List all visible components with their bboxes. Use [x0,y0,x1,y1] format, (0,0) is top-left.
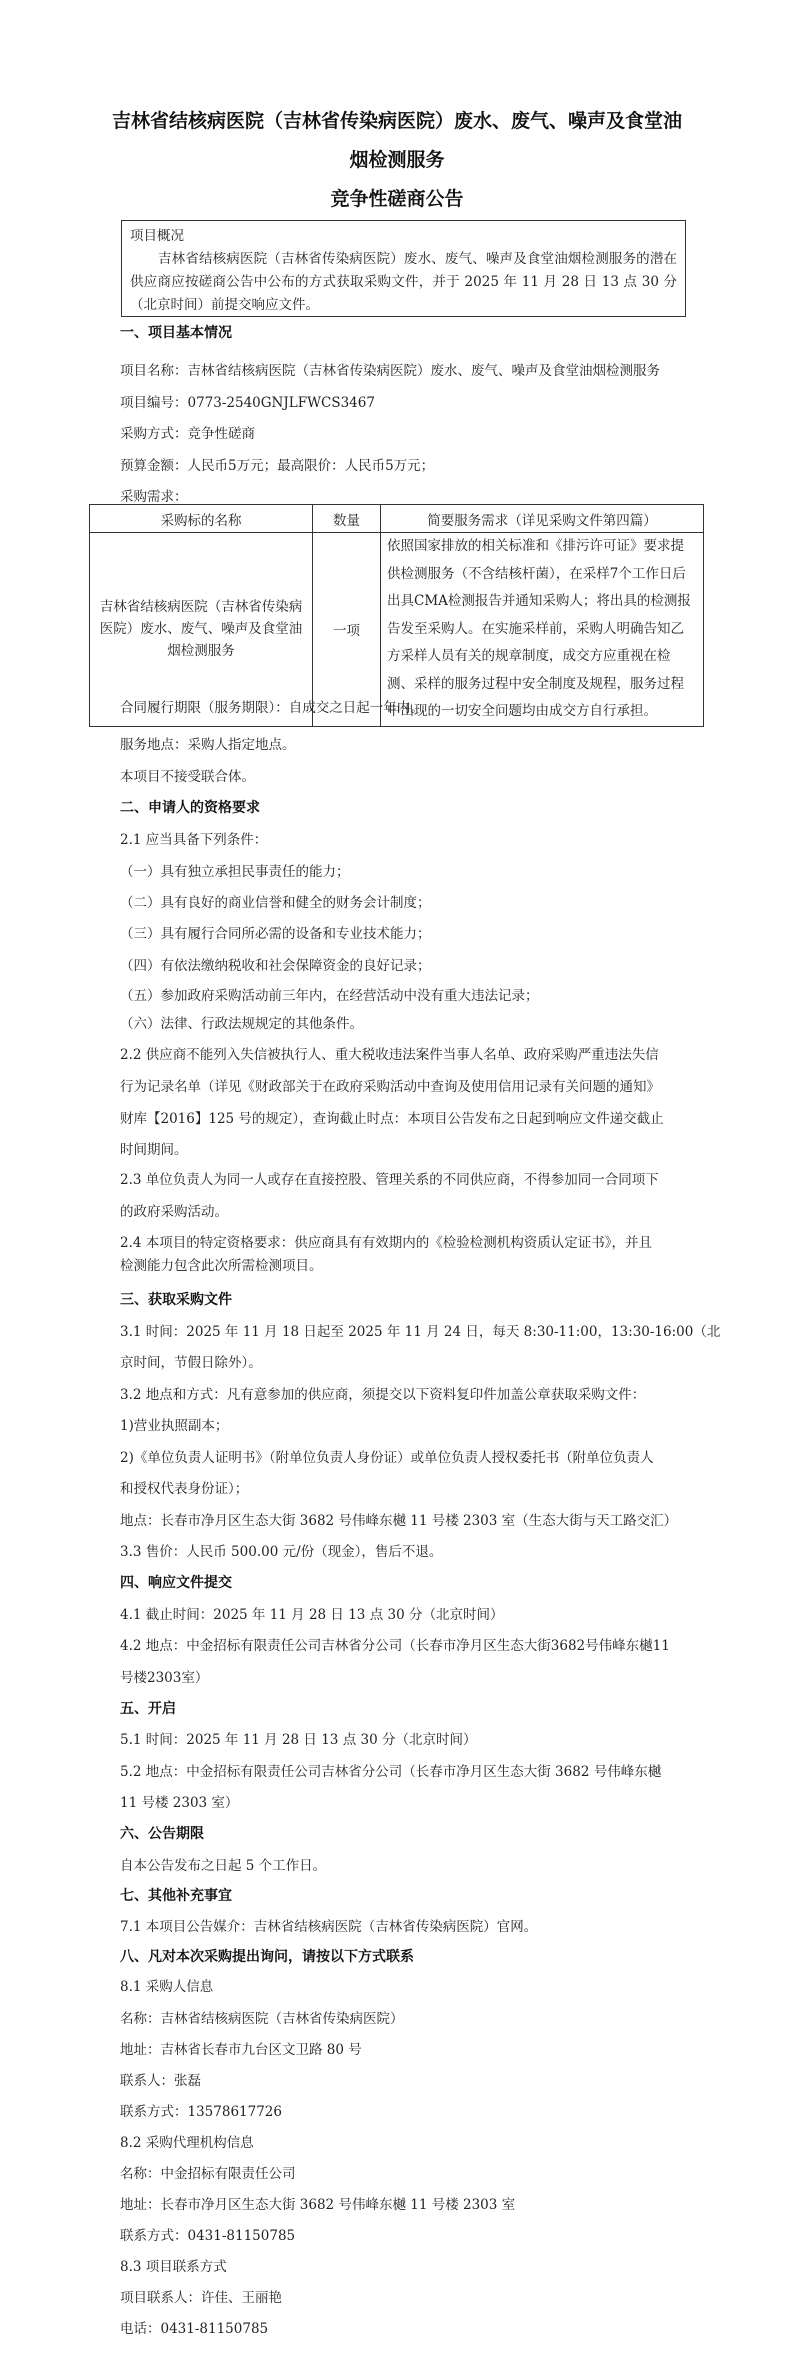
clause-2-2-line: 时间期间。 [120,1140,695,1160]
clause-2-4-line: 2.4 本项目的特定资格要求：供应商具有有效期内的《检验检测机构资质认定证书》，… [120,1233,695,1253]
cell-quantity: 一项 [313,533,381,727]
agency-info-label: 8.2 采购代理机构信息 [120,2133,695,2153]
condition-item: （二）具有良好的商业信誉和健全的财务会计制度； [120,893,695,913]
agency-address: 地址：长春市净月区生态大街 3682 号伟峰东樾 11 号楼 2303 室 [120,2195,695,2215]
clause-2-2-line: 2.2 供应商不能列入失信被执行人、重大税收违法案件当事人名单、政府采购严重违法… [120,1045,695,1065]
procurement-method: 采购方式：竞争性磋商 [120,424,695,444]
clause-3-3-price: 3.3 售价：人民币 500.00 元/份（现金），售后不退。 [120,1542,695,1562]
section-4-heading: 四、响应文件提交 [120,1573,695,1593]
condition-item: （三）具有履行合同所必需的设备和专业技术能力； [120,924,695,944]
overview-text: 吉林省结核病医院（吉林省传染病医院）废水、废气、噪声及食堂油烟检测服务的潜在供应… [130,248,677,317]
buyer-address: 地址：吉林省长春市九台区文卫路 80 号 [120,2040,695,2060]
condition-item: （四）有依法缴纳税收和社会保障资金的良好记录； [120,956,695,976]
clause-2-2-line: 财库【2016】125 号的规定），查询截止时点：本项目公告发布之日起到响应文件… [120,1109,695,1129]
agency-phone: 联系方式：0431-81150785 [120,2226,695,2246]
section-3-heading: 三、获取采购文件 [120,1290,695,1310]
overview-label: 项目概况 [130,225,677,248]
document-title-line-2: 烟检测服务 [0,145,794,172]
buyer-info-label: 8.1 采购人信息 [120,1977,695,1997]
table-header-row: 采购标的名称 数量 简要服务需求（详见采购文件第四篇） [90,505,704,533]
clause-3-1-line: 3.1 时间：2025 年 11 月 18 日起至 2025 年 11 月 24… [120,1322,695,1342]
project-code: 项目编号：0773-2540GNJLFWCS3467 [120,393,695,413]
budget-amount: 预算金额：人民币5万元；最高限价：人民币5万元； [120,456,695,476]
opening-place-line: 5.2 地点：中金招标有限责任公司吉林省分公司（长春市净月区生态大街 3682 … [120,1762,695,1782]
header-service-requirements: 简要服务需求（详见采购文件第四篇） [381,505,704,533]
submission-place-line: 号楼2303室） [120,1668,695,1688]
clause-2-4-line: 检测能力包含此次所需检测项目。 [120,1256,695,1276]
project-name: 项目名称：吉林省结核病医院（吉林省传染病医院）废水、废气、噪声及食堂油烟检测服务 [120,361,695,381]
section-1-heading: 一、项目基本情况 [120,323,695,343]
condition-item: （一）具有独立承担民事责任的能力； [120,862,695,882]
section-2-heading: 二、申请人的资格要求 [120,798,695,818]
consortium-note: 本项目不接受联合体。 [120,767,695,787]
required-doc-item: 2)《单位负责人证明书》（附单位负责人身份证）或单位负责人授权委托书（附单位负责… [120,1448,695,1468]
service-location: 服务地点：采购人指定地点。 [120,735,695,755]
clause-3-1-line: 京时间，节假日除外）。 [120,1353,695,1373]
cell-item-name: 吉林省结核病医院（吉林省传染病医院）废水、废气、噪声及食堂油烟检测服务 [90,533,313,727]
submission-deadline: 4.1 截止时间：2025 年 11 月 28 日 13 点 30 分（北京时间… [120,1605,695,1625]
procurement-requirements-table: 采购标的名称 数量 简要服务需求（详见采购文件第四篇） 吉林省结核病医院（吉林省… [89,504,704,727]
required-doc-item: 1)营业执照副本； [120,1416,695,1436]
section-6-heading: 六、公告期限 [120,1824,695,1844]
document-title-line-1: 吉林省结核病医院（吉林省传染病医院）废水、废气、噪声及食堂油 [0,106,794,133]
header-item-name: 采购标的名称 [90,505,313,533]
section-7-heading: 七、其他补充事宜 [120,1886,695,1906]
required-doc-item: 和授权代表身份证）； [120,1479,695,1499]
project-contacts: 项目联系人：许佳、王丽艳 [120,2288,695,2308]
contract-term: 合同履行期限（服务期限）：自成交之日起一年内。 [120,698,695,718]
table-row: 吉林省结核病医院（吉林省传染病医院）废水、废气、噪声及食堂油烟检测服务 一项 依… [90,533,704,727]
project-phone: 电话：0431-81150785 [120,2319,695,2339]
project-contact-label: 8.3 项目联系方式 [120,2257,695,2277]
header-quantity: 数量 [313,505,381,533]
clause-2-3-line: 2.3 单位负责人为同一人或存在直接控股、管理关系的不同供应商，不得参加同一合同… [120,1170,695,1190]
announcement-page: 吉林省结核病医院（吉林省传染病医院）废水、废气、噪声及食堂油 烟检测服务 竞争性… [0,0,794,2359]
submission-place-line: 4.2 地点：中金招标有限责任公司吉林省分公司（长春市净月区生态大街3682号伟… [120,1636,695,1656]
project-overview-box: 项目概况 吉林省结核病医院（吉林省传染病医院）废水、废气、噪声及食堂油烟检测服务… [121,220,686,317]
announcement-period: 自本公告发布之日起 5 个工作日。 [120,1856,695,1876]
clause-2-1: 2.1 应当具备下列条件： [120,830,695,850]
section-5-heading: 五、开启 [120,1699,695,1719]
buyer-phone: 联系方式：13578617726 [120,2102,695,2122]
document-subtitle: 竞争性磋商公告 [0,184,794,211]
buyer-contact: 联系人：张磊 [120,2071,695,2091]
pickup-address: 地点：长春市净月区生态大街 3682 号伟峰东樾 11 号楼 2303 室（生态… [120,1511,695,1531]
cell-service-requirements: 依照国家排放的相关标准和《排污许可证》要求提供检测服务（不含结核杆菌），在采样7… [381,533,704,727]
opening-time: 5.1 时间：2025 年 11 月 28 日 13 点 30 分（北京时间） [120,1730,695,1750]
announcement-media: 7.1 本项目公告媒介：吉林省结核病医院（吉林省传染病医院）官网。 [120,1917,695,1937]
clause-2-3-line: 的政府采购活动。 [120,1202,695,1222]
agency-name: 名称：中金招标有限责任公司 [120,2164,695,2184]
clause-2-2-line: 行为记录名单（详见《财政部关于在政府采购活动中查询及使用信用记录有关问题的通知》 [120,1077,695,1097]
clause-3-2: 3.2 地点和方式：凡有意参加的供应商，须提交以下资料复印件加盖公章获取采购文件… [120,1385,695,1405]
condition-item: （六）法律、行政法规规定的其他条件。 [120,1014,695,1034]
section-8-heading: 八、凡对本次采购提出询问，请按以下方式联系 [120,1947,695,1967]
opening-place-line: 11 号楼 2303 室） [120,1793,695,1813]
buyer-name: 名称：吉林省结核病医院（吉林省传染病医院） [120,2009,695,2029]
condition-item: （五）参加政府采购活动前三年内，在经营活动中没有重大违法记录； [120,986,695,1006]
